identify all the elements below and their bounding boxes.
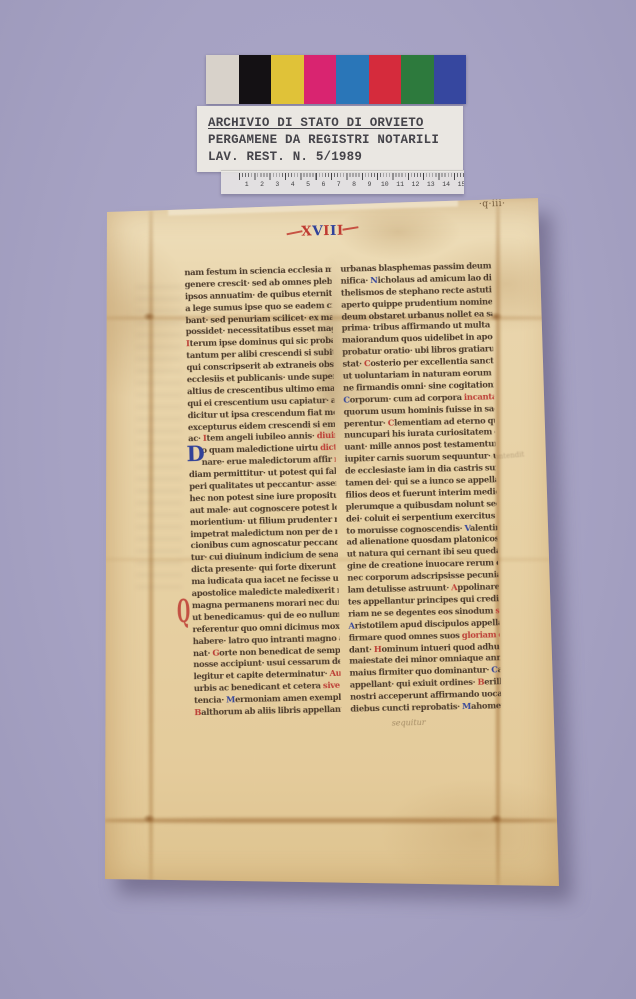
ruler-number: 7 <box>331 181 346 188</box>
text-column-left: nam festum in sciencia ecclesia mundogen… <box>184 264 341 719</box>
color-patch-cyan-blue <box>336 55 369 104</box>
catchword: sequitur <box>344 717 474 729</box>
label-restoration-number: LAV. REST. N. 5/1989 <box>208 149 463 166</box>
decorated-initial-Q: Q <box>177 597 190 629</box>
ruler-number: 15 <box>454 181 464 188</box>
color-patch-yellow <box>271 55 304 104</box>
ruler-number: 6 <box>316 181 331 188</box>
quire-mark: ·q·iii· <box>479 199 506 210</box>
label-series-name: PERGAMENE DA REGISTRI NOTARILI <box>208 132 463 149</box>
ruler-number: 1 <box>239 181 254 188</box>
ruler-number: 9 <box>362 181 377 188</box>
color-patch-green <box>401 55 434 104</box>
color-patch-magenta <box>304 55 337 104</box>
text-columns: nam festum in sciencia ecclesia mundogen… <box>184 260 501 719</box>
ruler-number: 10 <box>377 181 392 188</box>
ruler-major-ticks <box>239 173 464 180</box>
color-patch-white <box>206 55 239 104</box>
decorated-initial-D: D <box>186 442 204 463</box>
ruler-number: 2 <box>254 181 269 188</box>
marginal-note: contendit <box>490 450 524 461</box>
color-patch-black <box>239 55 272 104</box>
archival-photo: ARCHIVIO DI STATO DI ORVIETO PERGAMENE D… <box>0 0 636 999</box>
archive-label: ARCHIVIO DI STATO DI ORVIETO PERGAMENE D… <box>197 106 463 172</box>
ruler-number: 4 <box>285 181 300 188</box>
label-archive-name: ARCHIVIO DI STATO DI ORVIETO <box>208 115 463 132</box>
ruler-number: 3 <box>270 181 285 188</box>
manuscript-line: Balthorum ab aliis libris appellantur <box>194 704 341 719</box>
folio-number: XVIII <box>293 222 351 239</box>
ruler-number: 8 <box>346 181 361 188</box>
color-patch-blue <box>434 55 467 104</box>
folio-letter: I <box>337 223 344 239</box>
folio-letter: X <box>301 223 312 239</box>
parchment-shadow-wrap: ·q·iii· XVIII nam festum in sciencia ecc… <box>98 194 566 896</box>
color-calibration-bar <box>206 55 466 104</box>
ruler-numbers: 123456789101112131415 <box>239 181 464 188</box>
ruler-number: 14 <box>438 181 453 188</box>
parchment-leaf: ·q·iii· XVIII nam festum in sciencia ecc… <box>98 194 566 896</box>
ruler-number: 5 <box>300 181 315 188</box>
manuscript-line: diebus cuncti reprobatis· Mahometista <box>350 700 501 715</box>
folio-letter: V <box>312 223 323 239</box>
manuscript-text-layer: ·q·iii· XVIII nam festum in sciencia ecc… <box>97 189 581 901</box>
color-patch-red <box>369 55 402 104</box>
ruler-number: 13 <box>423 181 438 188</box>
ruler-number: 11 <box>392 181 407 188</box>
measuring-ruler: 123456789101112131415 <box>221 170 464 194</box>
text-column-right: urbanas blasphemas passim deum ab magisn… <box>340 260 501 715</box>
ruler-number: 12 <box>408 181 423 188</box>
